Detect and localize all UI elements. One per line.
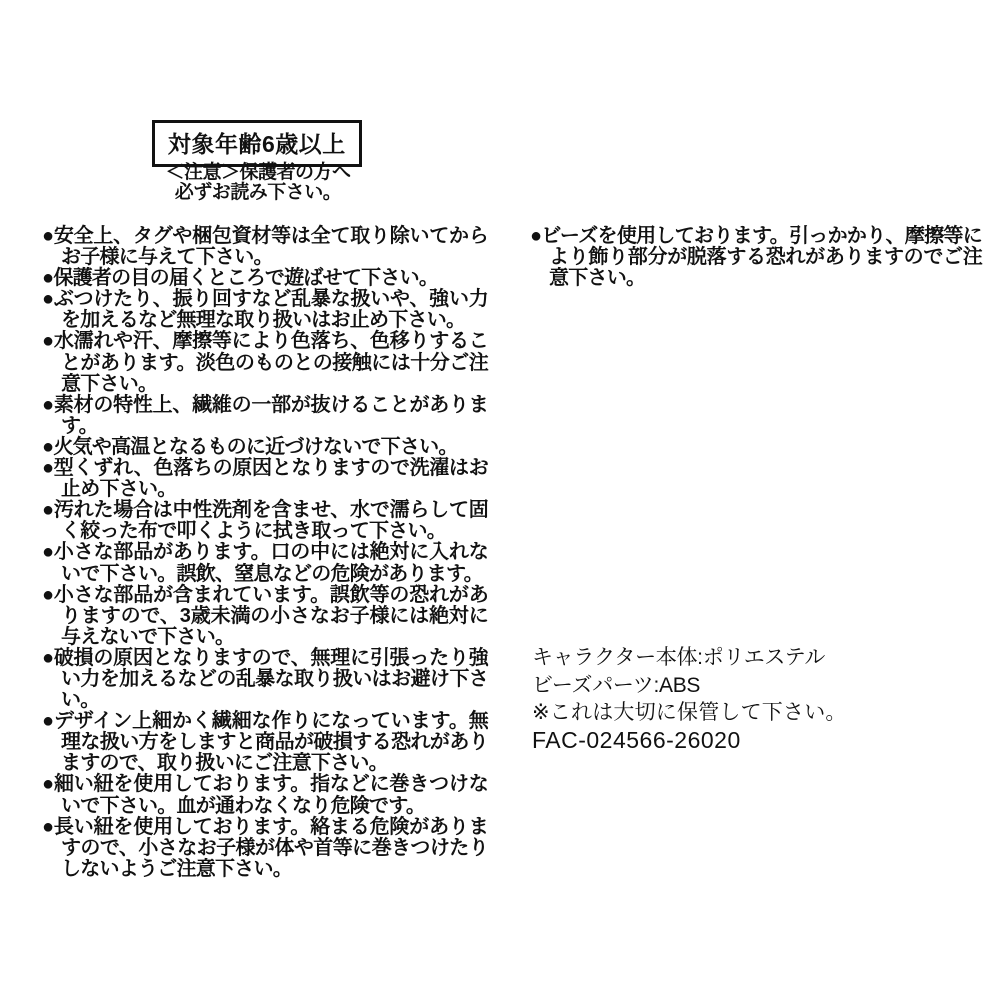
warnings-right-list: ●ビーズを使用しております。引っかかり、摩擦等により飾り部分が脱落する恐れがあり… — [530, 226, 982, 289]
warning-text: 水濡れや汗、摩擦等により色落ち、色移りすることがあります。淡色のものとの接触には… — [54, 330, 488, 394]
age-restriction-label: 対象年齢6歳以上 — [168, 131, 346, 157]
warning-item: ●火気や高温となるものに近づけないで下さい。 — [42, 437, 488, 458]
warning-item: ●安全上、タグや梱包資材等は全て取り除いてからお子様に与えて下さい。 — [42, 226, 488, 268]
guardian-notice: ＜注意＞保護者の方へ 必ずお読み下さい。 — [118, 163, 398, 203]
bullet-icon: ● — [42, 647, 54, 669]
bullet-icon: ● — [42, 330, 54, 352]
warning-item: ●水濡れや汗、摩擦等により色落ち、色移りすることがあります。淡色のものとの接触に… — [42, 331, 488, 394]
warning-text: 細い紐を使用しております。指などに巻きつけないで下さい。血が通わなくなり危険です… — [54, 773, 488, 816]
warning-text: 保護者の目の届くところで遊ばせて下さい。 — [53, 267, 438, 289]
warnings-column-right: ●ビーズを使用しております。引っかかり、摩擦等により飾り部分が脱落する恐れがあり… — [530, 226, 982, 289]
warning-item: ●破損の原因となりますので、無理に引張ったり強い力を加えるなどの乱暴な取り扱いは… — [42, 648, 488, 711]
bullet-icon: ● — [42, 541, 54, 563]
bullet-icon: ● — [42, 394, 54, 416]
material-body-line: キャラクター本体:ポリエステル — [532, 644, 847, 672]
warnings-column-left: ●安全上、タグや梱包資材等は全て取り除いてからお子様に与えて下さい。●保護者の目… — [42, 226, 488, 880]
warning-item: ●細い紐を使用しております。指などに巻きつけないで下さい。血が通わなくなり危険で… — [42, 774, 488, 816]
bullet-icon: ● — [42, 457, 54, 479]
warning-item: ●汚れた場合は中性洗剤を含ませ、水で濡らして固く絞った布で叩くように拭き取って下… — [42, 500, 488, 542]
bullet-icon: ● — [42, 773, 54, 795]
material-beads-line: ビーズパーツ:ABS — [532, 672, 847, 700]
warning-item: ●小さな部品があります。口の中には絶対に入れないで下さい。誤飲、窒息などの危険が… — [42, 542, 488, 584]
warning-text: デザイン上細かく繊細な作りになっています。無理な扱い方をしますと商品が破損する恐… — [54, 710, 488, 774]
warning-item: ●素材の特性上、繊維の一部が抜けることがあります。 — [42, 395, 488, 437]
guardian-notice-line2: 必ずお読み下さい。 — [118, 183, 398, 203]
bullet-icon: ● — [42, 710, 54, 732]
bullet-icon: ● — [42, 584, 54, 606]
bullet-icon: ● — [42, 267, 53, 289]
warning-text: 火気や高温となるものに近づけないで下さい。 — [53, 436, 457, 458]
bullet-icon: ● — [530, 225, 541, 247]
warning-text: ビーズを使用しております。引っかかり、摩擦等により飾り部分が脱落する恐れがありま… — [541, 225, 982, 289]
bullet-icon: ● — [42, 816, 54, 838]
warning-item: ●型くずれ、色落ちの原因となりますので洗濯はお止め下さい。 — [42, 458, 488, 500]
warning-text: 長い紐を使用しております。絡まる危険がありますので、小さなお子様が体や首等に巻き… — [54, 816, 488, 880]
warning-text: 小さな部品が含まれています。誤飲等の恐れがありますので、3歳未満の小さなお子様に… — [54, 584, 488, 648]
warning-item: ●ビーズを使用しております。引っかかり、摩擦等により飾り部分が脱落する恐れがあり… — [530, 226, 982, 289]
warning-item: ●保護者の目の届くところで遊ばせて下さい。 — [42, 268, 488, 289]
warning-item: ●長い紐を使用しております。絡まる危険がありますので、小さなお子様が体や首等に巻… — [42, 817, 488, 880]
warning-text: ぶつけたり、振り回すなど乱暴な扱いや、強い力を加えるなど無理な取り扱いはお止め下… — [54, 288, 488, 331]
bullet-icon: ● — [42, 225, 54, 247]
storage-note: ※これは大切に保管して下さい。 — [532, 699, 847, 727]
warning-text: 小さな部品があります。口の中には絶対に入れないで下さい。誤飲、窒息などの危険があ… — [54, 541, 488, 584]
warning-text: 汚れた場合は中性洗剤を含ませ、水で濡らして固く絞った布で叩くように拭き取って下さ… — [54, 499, 488, 542]
warning-text: 安全上、タグや梱包資材等は全て取り除いてからお子様に与えて下さい。 — [54, 225, 488, 268]
warning-text: 破損の原因となりますので、無理に引張ったり強い力を加えるなどの乱暴な取り扱いはお… — [54, 647, 488, 711]
warning-item: ●小さな部品が含まれています。誤飲等の恐れがありますので、3歳未満の小さなお子様… — [42, 585, 488, 648]
bullet-icon: ● — [42, 499, 54, 521]
warnings-left-list: ●安全上、タグや梱包資材等は全て取り除いてからお子様に与えて下さい。●保護者の目… — [42, 226, 488, 880]
warning-item: ●ぶつけたり、振り回すなど乱暴な扱いや、強い力を加えるなど無理な取り扱いはお止め… — [42, 289, 488, 331]
warning-item: ●デザイン上細かく繊細な作りになっています。無理な扱い方をしますと商品が破損する… — [42, 711, 488, 774]
materials-info: キャラクター本体:ポリエステル ビーズパーツ:ABS ※これは大切に保管して下さ… — [532, 644, 847, 754]
bullet-icon: ● — [42, 288, 54, 310]
bullet-icon: ● — [42, 436, 53, 458]
product-code: FAC-024566-26020 — [532, 727, 847, 755]
warning-text: 素材の特性上、繊維の一部が抜けることがあります。 — [54, 394, 488, 437]
guardian-notice-line1: ＜注意＞保護者の方へ — [118, 163, 398, 183]
warning-label-sheet: 対象年齢6歳以上 ＜注意＞保護者の方へ 必ずお読み下さい。 ●安全上、タグや梱包… — [0, 0, 1000, 1000]
warning-text: 型くずれ、色落ちの原因となりますので洗濯はお止め下さい。 — [54, 457, 488, 500]
age-restriction-box: 対象年齢6歳以上 — [152, 120, 362, 167]
